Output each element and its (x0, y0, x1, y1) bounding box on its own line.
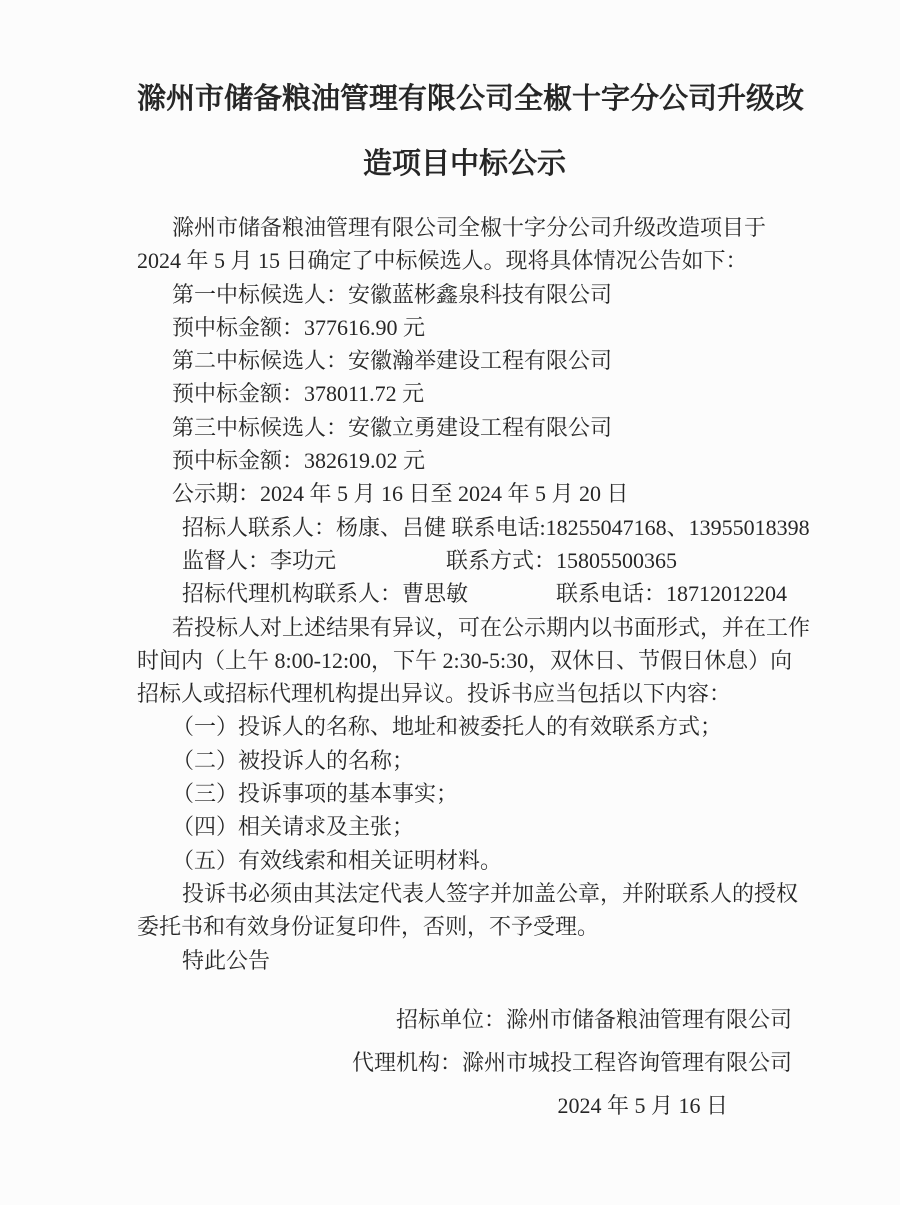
document-page: 滁州市储备粮油管理有限公司全椒十字分公司升级改 造项目中标公示 滁州市储备粮油管… (0, 0, 900, 1205)
complaint-item-1: （一）投诉人的名称、地址和被委托人的有效联系方式； (137, 710, 792, 743)
date-line: 2024 年 5 月 16 日 (137, 1084, 792, 1127)
signature-block: 招标单位：滁州市储备粮油管理有限公司 代理机构：滁州市城投工程咨询管理有限公司 … (137, 998, 792, 1127)
requirement-line-2: 委托书和有效身份证复印件，否则，不予受理。 (137, 910, 792, 943)
objection-line-1: 若投标人对上述结果有异议，可在公示期内以书面形式，并在工作 (137, 611, 792, 644)
title-line-2: 造项目中标公示 (137, 132, 792, 197)
supervisor-contact-line: 监督人：李功元 联系方式：15805500365 (137, 544, 792, 577)
agency-contact-line: 招标代理机构联系人：曹思敏 联系电话：18712012204 (137, 577, 792, 610)
candidate-2-amount-line: 预中标金额：378011.72 元 (137, 377, 792, 410)
document-body: 滁州市储备粮油管理有限公司全椒十字分公司升级改造项目于 2024 年 5 月 1… (137, 211, 792, 977)
objection-line-2: 时间内（上午 8:00-12:00，下午 2:30-5:30，双休日、节假日休息… (137, 644, 792, 677)
candidate-3-amount-line: 预中标金额：382619.02 元 (137, 444, 792, 477)
agency-line: 代理机构：滁州市城投工程咨询管理有限公司 (137, 1041, 792, 1084)
candidate-3-name-line: 第三中标候选人：安徽立勇建设工程有限公司 (137, 411, 792, 444)
objection-line-3: 招标人或招标代理机构提出异议。投诉书应当包括以下内容： (137, 677, 792, 710)
tender-unit-line: 招标单位：滁州市储备粮油管理有限公司 (137, 998, 792, 1041)
complaint-item-2: （二）被投诉人的名称； (137, 744, 792, 777)
tenderer-contact-line: 招标人联系人：杨康、吕健 联系电话:18255047168、1395501839… (137, 511, 792, 544)
intro-line-1: 滁州市储备粮油管理有限公司全椒十字分公司升级改造项目于 (137, 211, 792, 244)
intro-line-2: 2024 年 5 月 15 日确定了中标候选人。现将具体情况公告如下： (137, 244, 792, 277)
complaint-item-4: （四）相关请求及主张； (137, 810, 792, 843)
complaint-item-3: （三）投诉事项的基本事实； (137, 777, 792, 810)
document-title: 滁州市储备粮油管理有限公司全椒十字分公司升级改 造项目中标公示 (137, 67, 792, 197)
candidate-1-name-line: 第一中标候选人：安徽蓝彬鑫泉科技有限公司 (137, 278, 792, 311)
requirement-line-1: 投诉书必须由其法定代表人签字并加盖公章，并附联系人的授权 (137, 877, 792, 910)
complaint-item-5: （五）有效线索和相关证明材料。 (137, 844, 792, 877)
publicity-period-line: 公示期：2024 年 5 月 16 日至 2024 年 5 月 20 日 (137, 477, 792, 510)
title-line-1: 滁州市储备粮油管理有限公司全椒十字分公司升级改 (137, 67, 792, 132)
candidate-2-name-line: 第二中标候选人：安徽瀚举建设工程有限公司 (137, 344, 792, 377)
closing-line: 特此公告 (137, 944, 792, 977)
candidate-1-amount-line: 预中标金额：377616.90 元 (137, 311, 792, 344)
